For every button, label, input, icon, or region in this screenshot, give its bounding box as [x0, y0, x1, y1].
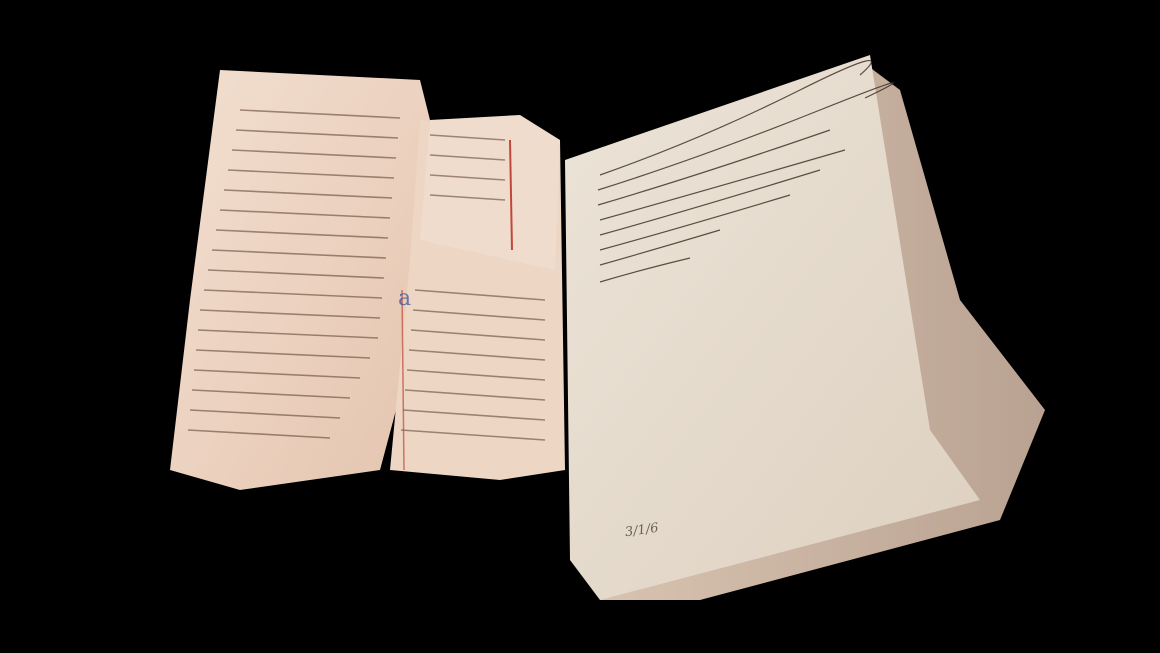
svg-text:a: a	[398, 286, 411, 311]
photo-stage: a 3/1/6	[0, 0, 1160, 653]
manuscript-illustration: a	[0, 0, 1160, 653]
